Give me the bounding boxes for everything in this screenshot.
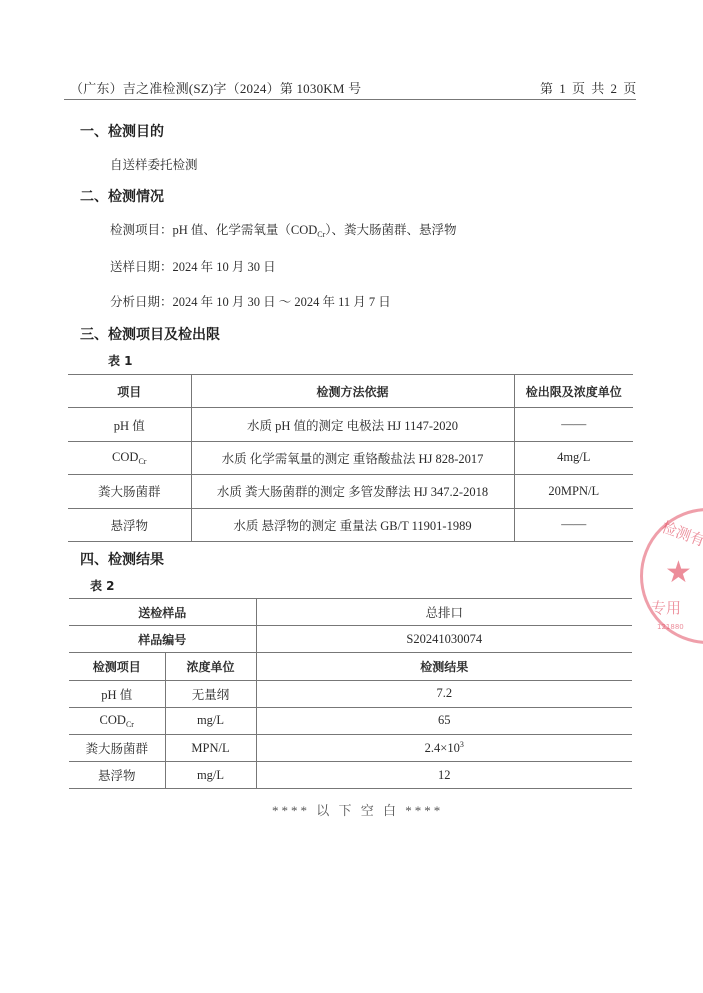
col-header-unit: 浓度单位: [165, 653, 256, 680]
sample-row: 送检样品 总排口: [69, 599, 632, 626]
results-table: 送检样品 总排口 样品编号 S20241030074 检测项目 浓度单位 检测结…: [69, 598, 632, 789]
stamp-serial: 121880: [657, 623, 684, 631]
sample-id-row: 样品编号 S20241030074: [69, 626, 632, 653]
table-row: pH 值 水质 pH 值的测定 电极法 HJ 1147-2020 ——: [68, 408, 633, 441]
item-cell: 粪大肠菌群: [69, 734, 165, 761]
unit-cell: 无量纲: [165, 680, 256, 707]
col-header-item: 检测项目: [69, 653, 165, 680]
method-cell: 水质 粪大肠菌群的测定 多管发酵法 HJ 347.2-2018: [191, 475, 514, 508]
unit-cell: MPN/L: [165, 734, 256, 761]
result-cell: 2.4×103: [256, 734, 632, 761]
item-cell: CODCr: [68, 441, 191, 474]
table-1-label: 表 1: [108, 352, 133, 369]
table-row: 粪大肠菌群 MPN/L 2.4×103: [69, 734, 632, 761]
section-1-title: 一、检测目的: [80, 121, 164, 141]
result-cell: 7.2: [256, 680, 632, 707]
detection-limits-table: 项目 检测方法依据 检出限及浓度单位 pH 值 水质 pH 值的测定 电极法 H…: [68, 374, 633, 542]
limit-cell: ——: [514, 508, 633, 541]
stamp-bottom-text: 专用: [651, 597, 681, 618]
test-items-prefix: 检测项目：pH 值、化学需氧量（COD: [110, 223, 317, 237]
limit-cell: ——: [514, 408, 633, 441]
table-row: 粪大肠菌群 水质 粪大肠菌群的测定 多管发酵法 HJ 347.2-2018 20…: [68, 475, 633, 508]
sample-label: 送检样品: [69, 599, 256, 626]
page-info: 第 1 页 共 2 页: [540, 78, 636, 97]
test-items-suffix: ）、粪大肠菌群、悬浮物: [325, 223, 456, 237]
item-cell: 悬浮物: [68, 508, 191, 541]
section-2-title: 二、检测情况: [80, 186, 164, 206]
header-divider: [64, 99, 636, 100]
sample-id-value: S20241030074: [256, 626, 632, 653]
unit-cell: mg/L: [165, 707, 256, 734]
table-row: 悬浮物 水质 悬浮物的测定 重量法 GB/T 11901-1989 ——: [68, 508, 633, 541]
item-cell: 粪大肠菌群: [68, 475, 191, 508]
method-cell: 水质 pH 值的测定 电极法 HJ 1147-2020: [191, 408, 514, 441]
col-header-item: 项目: [68, 375, 191, 408]
sample-id-label: 样品编号: [69, 626, 256, 653]
unit-cell: mg/L: [165, 762, 256, 789]
analysis-date: 分析日期：2024 年 10 月 30 日 ～ 2024 年 11 月 7 日: [110, 292, 391, 310]
official-seal-stamp: 检测有 ★ 专用 121880: [640, 508, 703, 644]
table-row: pH 值 无量纲 7.2: [69, 680, 632, 707]
section-3-title: 三、检测项目及检出限: [80, 324, 220, 344]
item-cell: pH 值: [69, 680, 165, 707]
result-cell: 12: [256, 762, 632, 789]
limit-cell: 20MPN/L: [514, 475, 633, 508]
section-1-text: 自送样委托检测: [110, 155, 198, 173]
table-2-label: 表 2: [90, 577, 115, 594]
table-header-row: 项目 检测方法依据 检出限及浓度单位: [68, 375, 633, 408]
table-header-row: 检测项目 浓度单位 检测结果: [69, 653, 632, 680]
table-row: CODCr mg/L 65: [69, 707, 632, 734]
section-4-title: 四、检测结果: [80, 549, 164, 569]
end-of-content-mark: **** 以 下 空 白 ****: [272, 800, 443, 819]
table-row: 悬浮物 mg/L 12: [69, 762, 632, 789]
method-cell: 水质 化学需氧量的测定 重铬酸盐法 HJ 828-2017: [191, 441, 514, 474]
sample-value: 总排口: [256, 599, 632, 626]
table-row: CODCr 水质 化学需氧量的测定 重铬酸盐法 HJ 828-2017 4mg/…: [68, 441, 633, 474]
item-cell: pH 值: [68, 408, 191, 441]
stamp-top-text: 检测有: [659, 516, 703, 551]
method-cell: 水质 悬浮物的测定 重量法 GB/T 11901-1989: [191, 508, 514, 541]
star-icon: ★: [665, 555, 692, 590]
result-cell: 65: [256, 707, 632, 734]
item-cell: 悬浮物: [69, 762, 165, 789]
col-header-result: 检测结果: [256, 653, 632, 680]
report-number: （广东）吉之准检测(SZ)字（2024）第 1030KM 号: [70, 78, 361, 97]
item-cell: CODCr: [69, 707, 165, 734]
sample-date: 送样日期：2024 年 10 月 30 日: [110, 257, 276, 275]
limit-cell: 4mg/L: [514, 441, 633, 474]
col-header-method: 检测方法依据: [191, 375, 514, 408]
test-items-line: 检测项目：pH 值、化学需氧量（CODCr）、粪大肠菌群、悬浮物: [110, 220, 457, 239]
col-header-limit: 检出限及浓度单位: [514, 375, 633, 408]
